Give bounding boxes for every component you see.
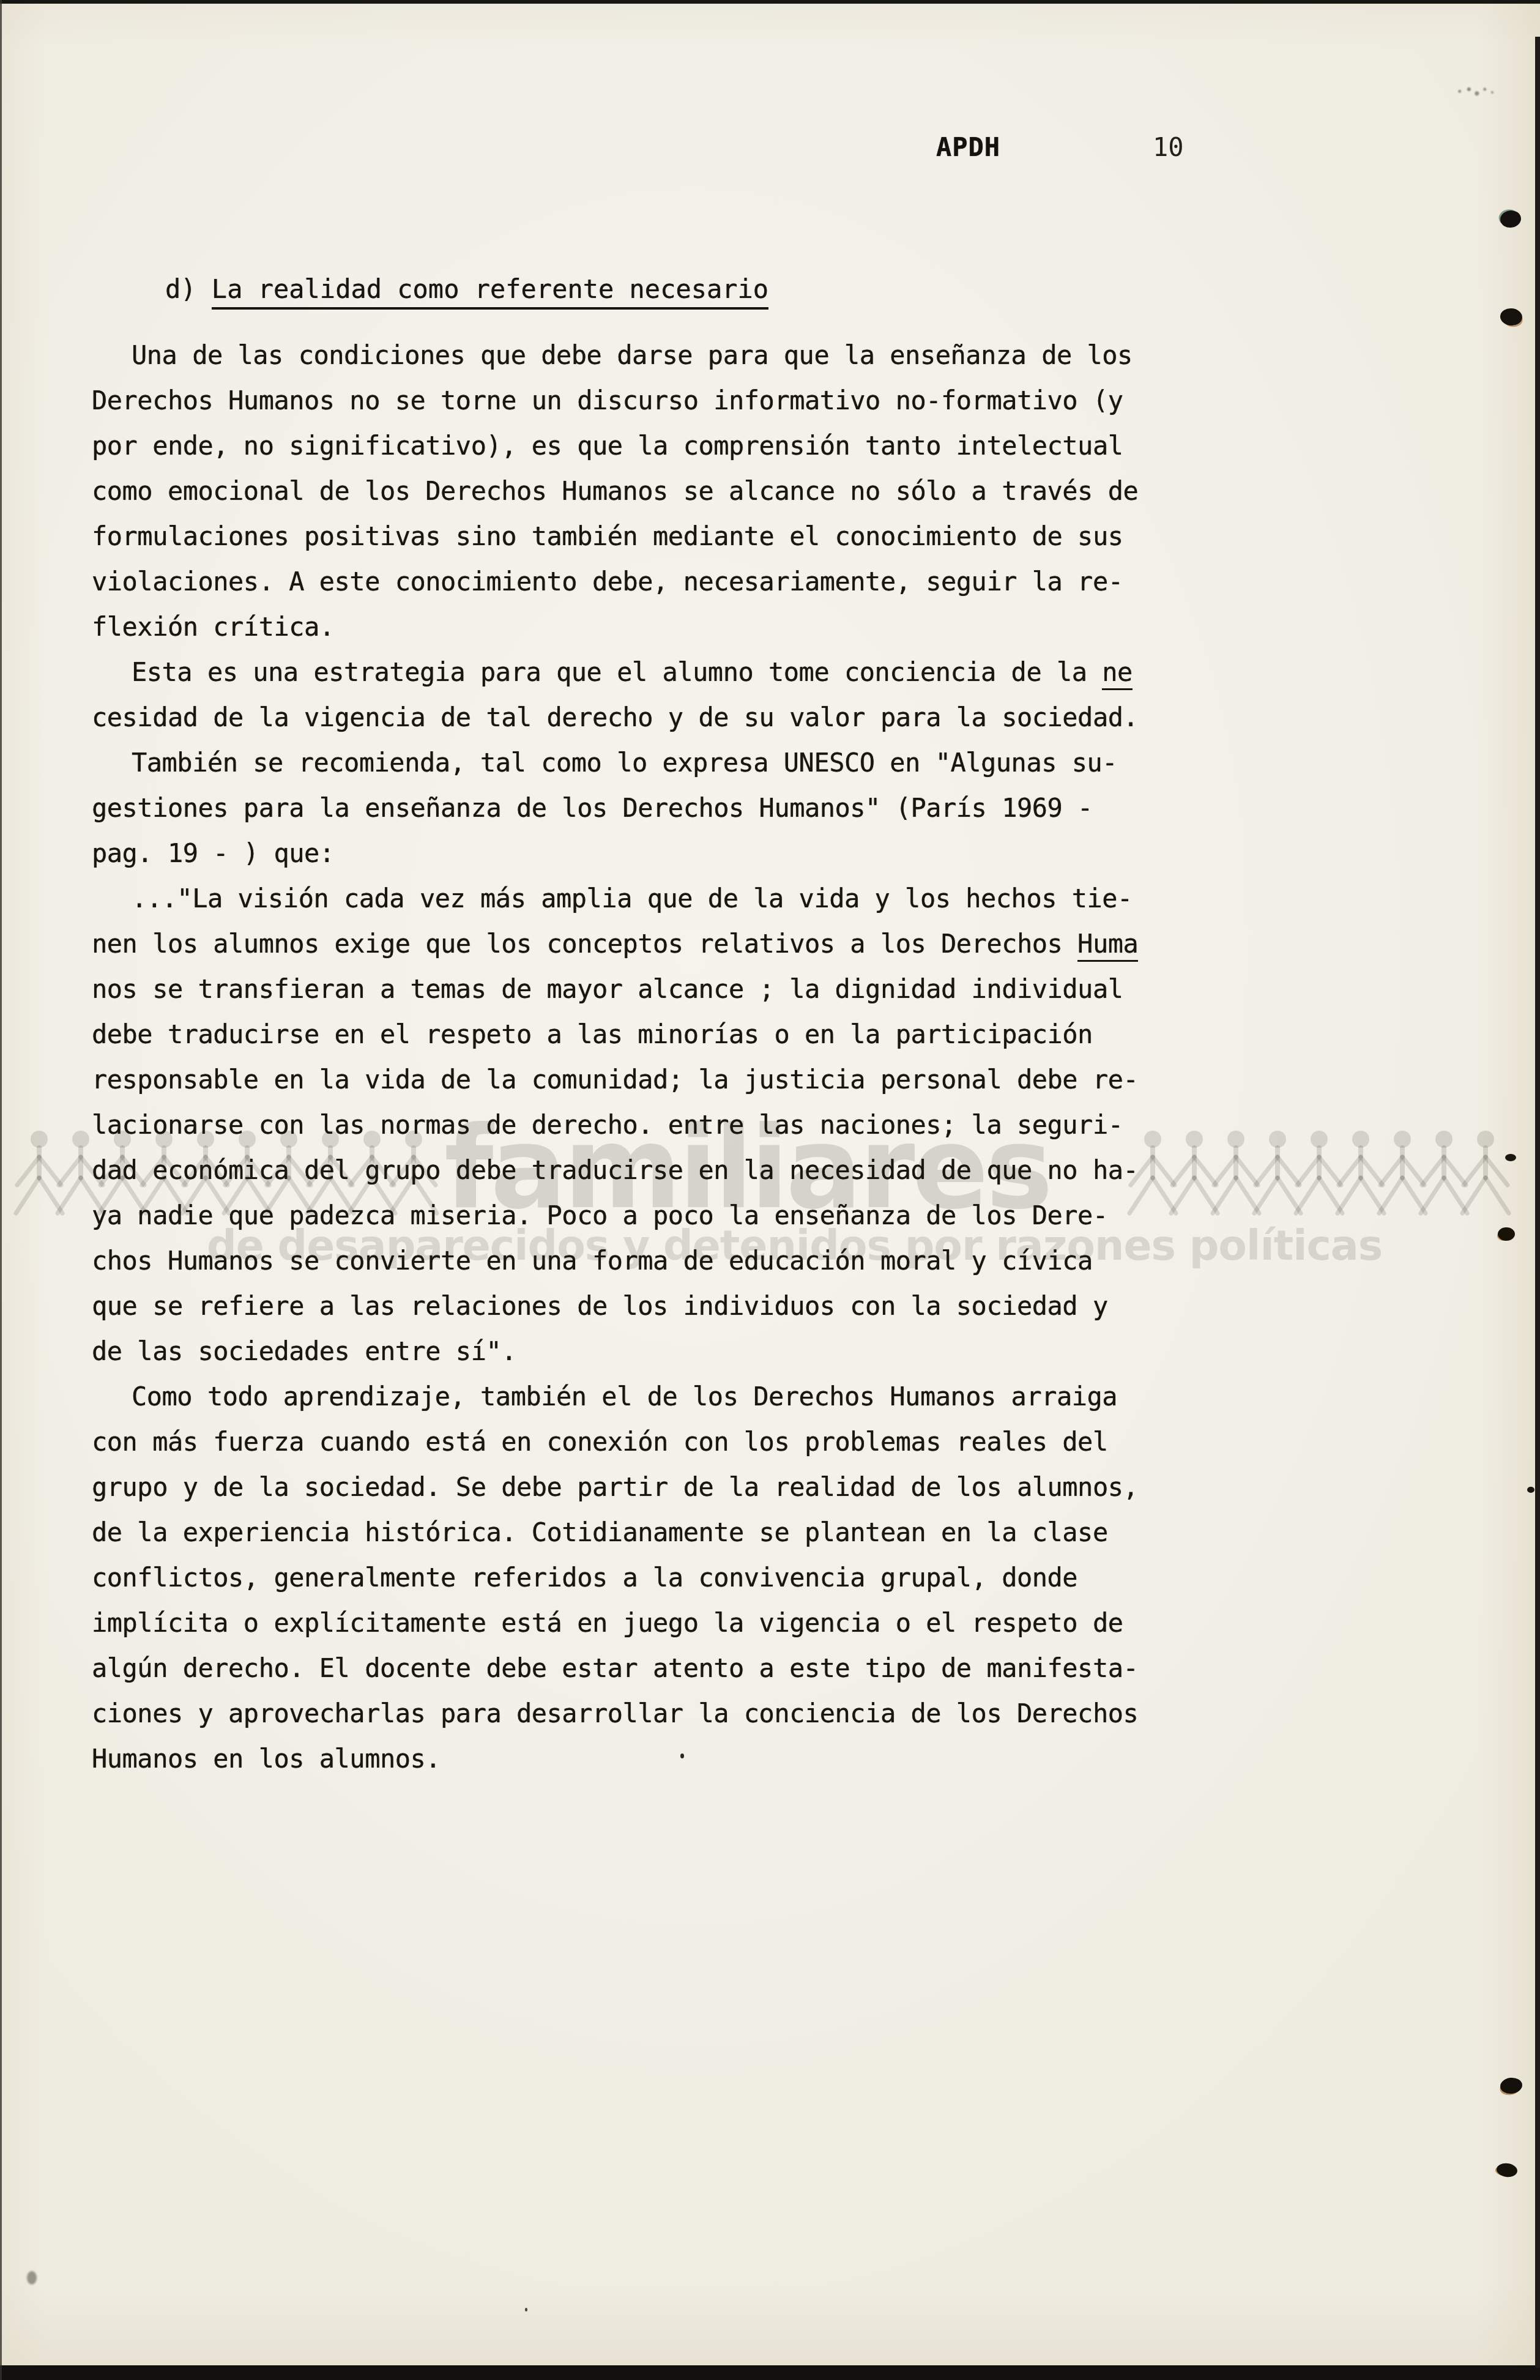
pencil-smudge xyxy=(1451,82,1498,103)
text-line: gestiones para la enseñanza de los Derec… xyxy=(92,786,1254,831)
page-number: 10 xyxy=(1153,132,1184,162)
scanned-page: familiares de desaparecidos y detenidos … xyxy=(0,0,1540,2380)
text-line: nos se transfieran a temas de mayor alca… xyxy=(92,967,1254,1012)
text-line: Humanos en los alumnos. xyxy=(92,1736,1254,1782)
text-line: por ende, no significativo), es que la c… xyxy=(92,423,1254,469)
section-heading-prefix: d) xyxy=(165,274,212,304)
text-line: ciones y aprovecharlas para desarrollar … xyxy=(92,1691,1254,1736)
ink-stain xyxy=(1505,1154,1516,1161)
ink-stain xyxy=(1496,2162,1518,2178)
text-line: lacionarse con las normas de derecho. en… xyxy=(92,1103,1254,1148)
header-org-label: APDH xyxy=(936,132,1000,162)
section-heading-title: La realidad como referente necesario xyxy=(212,274,768,310)
text-line: pag. 19 - ) que: xyxy=(92,831,1254,876)
text-line: ya nadie que padezca miseria. Poco a poc… xyxy=(92,1193,1254,1238)
scan-edge-bottom xyxy=(0,2365,1540,2380)
text-line: de las sociedades entre sí". xyxy=(92,1329,1254,1374)
text-line: como emocional de los Derechos Humanos s… xyxy=(92,469,1254,514)
text-line: de la experiencia histórica. Cotidianame… xyxy=(92,1510,1254,1555)
text-line: También se recomienda, tal como lo expre… xyxy=(92,740,1254,786)
text-line: debe traducirse en el respeto a las mino… xyxy=(92,1012,1254,1057)
paper-speck xyxy=(27,2271,37,2285)
text-line: violaciones. A este conocimiento debe, n… xyxy=(92,559,1254,604)
text-line: que se refiere a las relaciones de los i… xyxy=(92,1284,1254,1329)
scan-edge-left xyxy=(0,0,2,2380)
section-heading: d) La realidad como referente necesario xyxy=(165,274,768,304)
ink-stain xyxy=(1498,1227,1515,1241)
text-line: flexión crítica. xyxy=(92,604,1254,650)
ink-stain xyxy=(1499,209,1522,229)
text-line: Derechos Humanos no se torne un discurso… xyxy=(92,378,1254,423)
text-line: Una de las condiciones que debe darse pa… xyxy=(92,333,1254,378)
text-line: conflictos, generalmente referidos a la … xyxy=(92,1555,1254,1601)
ink-stain xyxy=(1500,307,1523,326)
text-line: ..."La visión cada vez más amplia que de… xyxy=(92,876,1254,921)
text-line: formulaciones positivas sino también med… xyxy=(92,514,1254,559)
text-line: chos Humanos se convierte en una forma d… xyxy=(92,1238,1254,1284)
text-line: Como todo aprendizaje, también el de los… xyxy=(92,1374,1254,1419)
scan-edge-top xyxy=(0,0,1540,4)
text-line: algún derecho. El docente debe estar ate… xyxy=(92,1646,1254,1691)
text-line: cesidad de la vigencia de tal derecho y … xyxy=(92,695,1254,740)
text-line: con más fuerza cuando está en conexión c… xyxy=(92,1419,1254,1465)
text-line: nen los alumnos exige que los conceptos … xyxy=(92,921,1254,967)
paper-speck xyxy=(680,1753,684,1758)
paper-speck xyxy=(525,2308,527,2311)
ink-stain xyxy=(1527,1487,1534,1493)
text-line: implícita o explícitamente está en juego… xyxy=(92,1601,1254,1646)
text-line: Esta es una estrategia para que el alumn… xyxy=(92,650,1254,695)
text-line: grupo y de la sociedad. Se debe partir d… xyxy=(92,1465,1254,1510)
text-line: responsable en la vida de la comunidad; … xyxy=(92,1057,1254,1103)
ink-stain xyxy=(1500,2077,1523,2095)
text-line: dad económica del grupo debe traducirse … xyxy=(92,1148,1254,1193)
scan-edge-right xyxy=(1535,37,1540,2368)
body-text: Una de las condiciones que debe darse pa… xyxy=(92,333,1254,1782)
